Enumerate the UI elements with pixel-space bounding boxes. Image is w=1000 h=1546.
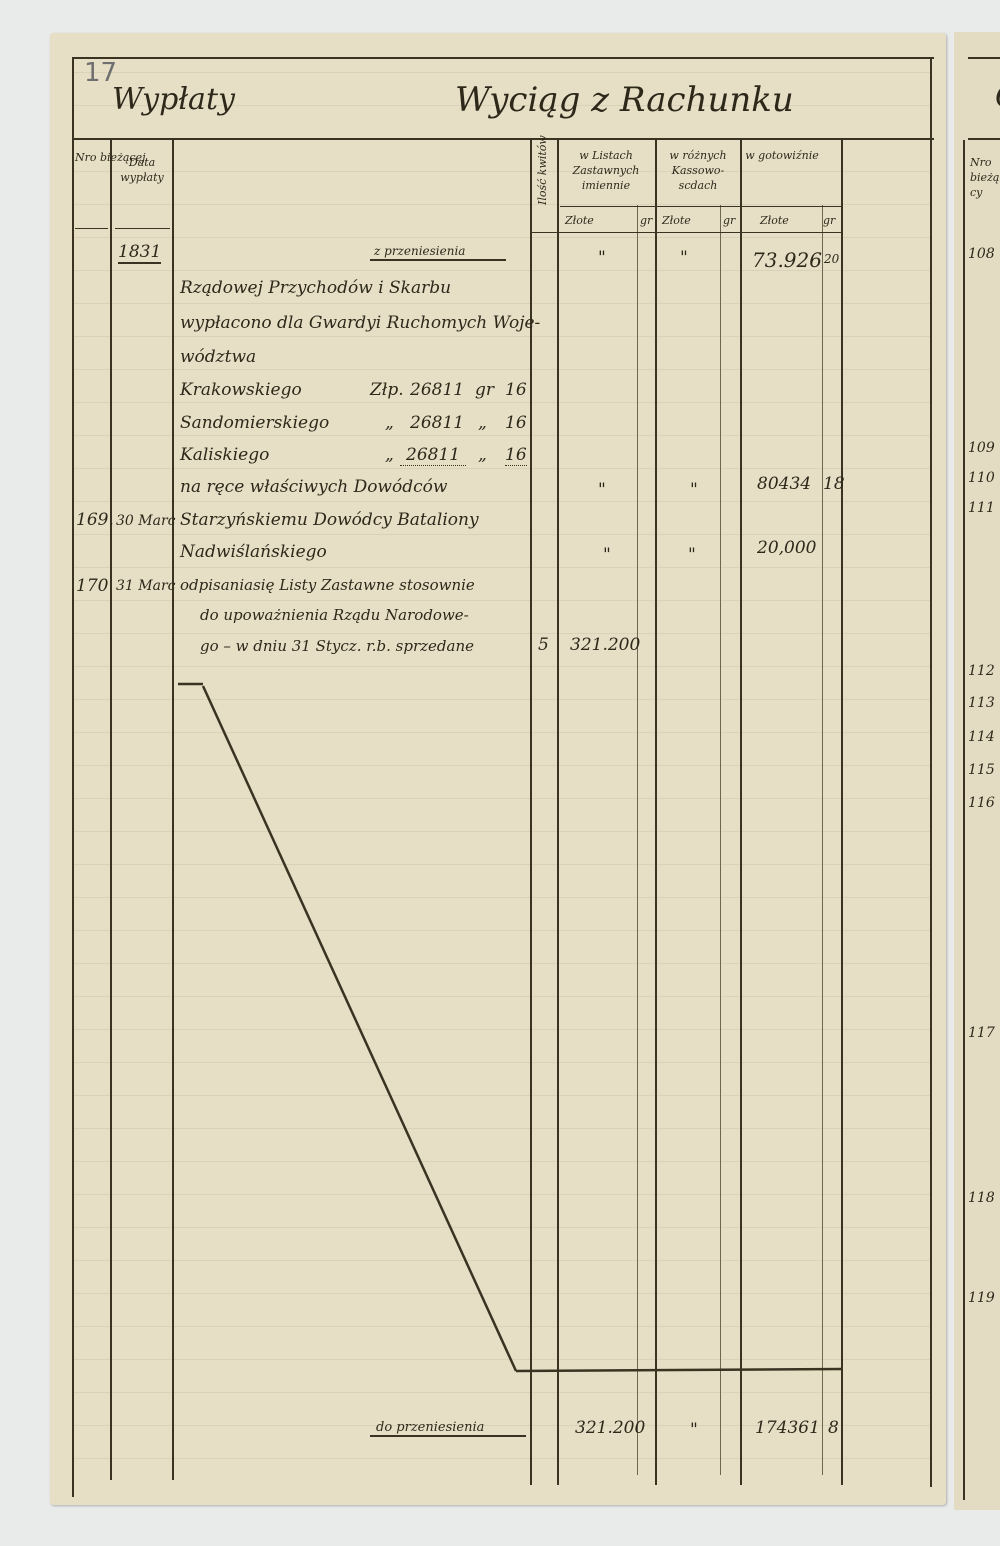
- facing-number: 119: [968, 1290, 995, 1306]
- facing-number: 117: [968, 1025, 995, 1041]
- totals-cash-zl: 174361: [755, 1418, 820, 1438]
- facing-number: 110: [968, 470, 995, 486]
- facing-number: 114: [968, 729, 995, 745]
- totals-pledge: 321.200: [575, 1418, 645, 1438]
- facing-number: 109: [968, 440, 995, 456]
- facing-number: 112: [968, 663, 995, 679]
- facing-number: 116: [968, 795, 995, 811]
- facing-number: 115: [968, 762, 995, 778]
- facing-number: 113: [968, 695, 995, 711]
- closing-line-mark: [0, 0, 1000, 1546]
- totals-label: do przeniesienia: [370, 1420, 526, 1437]
- totals-cash-gr: 8: [828, 1418, 839, 1438]
- facing-number: 118: [968, 1190, 995, 1206]
- totals-notes: ": [690, 1420, 698, 1440]
- facing-number: 111: [968, 500, 995, 516]
- facing-number: 108: [968, 246, 995, 262]
